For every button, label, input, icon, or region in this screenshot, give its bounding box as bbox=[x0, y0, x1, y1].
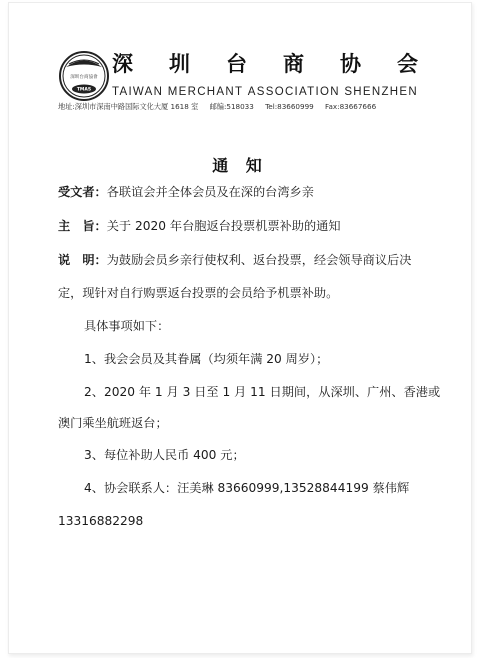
subject-line: 主 旨：关于 2020 年台胞返台投票机票补助的通知 bbox=[58, 218, 341, 234]
association-emblem-icon: TMAS 深圳台商協會 bbox=[58, 50, 110, 102]
recipient-text: 各联谊会并全体会员及在深的台湾乡亲 bbox=[107, 185, 314, 199]
item-2-line-1: 2、2020 年 1 月 3 日至 1 月 11 日期间，从深圳、广州、香港或 bbox=[84, 384, 440, 400]
item-2-line-2: 澳门乘坐航班返台； bbox=[58, 415, 168, 431]
postcode: 邮编:518033 bbox=[210, 102, 254, 111]
item-1: 1、我会会员及其眷属（均须年满 20 周岁）； bbox=[84, 351, 328, 367]
recipient-label: 受文者： bbox=[58, 185, 107, 199]
svg-text:TMAS: TMAS bbox=[77, 87, 91, 93]
org-char: 台 bbox=[226, 52, 247, 76]
recipient-line: 受文者：各联谊会并全体会员及在深的台湾乡亲 bbox=[58, 184, 314, 200]
org-char: 圳 bbox=[169, 52, 190, 76]
contact-line: 地址:深圳市深南中路国际文化大厦 1618 室 邮编:518033 Tel:83… bbox=[58, 102, 430, 112]
fax: Fax:83667666 bbox=[325, 102, 376, 111]
org-char: 深 bbox=[112, 52, 133, 76]
telephone: Tel:83660999 bbox=[265, 102, 314, 111]
description-text: 为鼓励会员乡亲行使权利、返台投票，经会领导商议后决 bbox=[107, 253, 412, 267]
org-name-english: TAIWAN MERCHANT ASSOCIATION SHENZHEN bbox=[112, 85, 418, 99]
org-word: MERCHANT bbox=[168, 85, 244, 99]
subject-text: 关于 2020 年台胞返台投票机票补助的通知 bbox=[107, 219, 341, 233]
org-char: 会 bbox=[397, 52, 418, 76]
org-name-chinese: 深 圳 台 商 协 会 bbox=[112, 52, 418, 76]
item-4-line-2: 13316882298 bbox=[58, 513, 143, 529]
org-word: ASSOCIATION bbox=[248, 85, 340, 99]
items-intro: 具体事项如下： bbox=[84, 318, 169, 334]
org-char: 协 bbox=[340, 52, 361, 76]
svg-text:深圳台商協會: 深圳台商協會 bbox=[70, 73, 98, 80]
description-label: 说 明： bbox=[58, 253, 107, 267]
description-line-2: 定，现针对自行购票返台投票的会员给予机票补助。 bbox=[58, 285, 338, 301]
address: 地址:深圳市深南中路国际文化大厦 1618 室 bbox=[58, 102, 198, 111]
item-3: 3、每位补助人民币 400 元； bbox=[84, 447, 245, 463]
org-word: TAIWAN bbox=[112, 85, 163, 99]
item-4-line-1: 4、协会联系人：汪美琳 83660999,13528844199 蔡伟辉 bbox=[84, 480, 409, 496]
notice-title: 通 知 bbox=[0, 156, 480, 176]
org-word: SHENZHEN bbox=[344, 85, 418, 99]
subject-label: 主 旨： bbox=[58, 219, 107, 233]
description-line-1: 说 明：为鼓励会员乡亲行使权利、返台投票，经会领导商议后决 bbox=[58, 252, 411, 268]
org-char: 商 bbox=[283, 52, 304, 76]
